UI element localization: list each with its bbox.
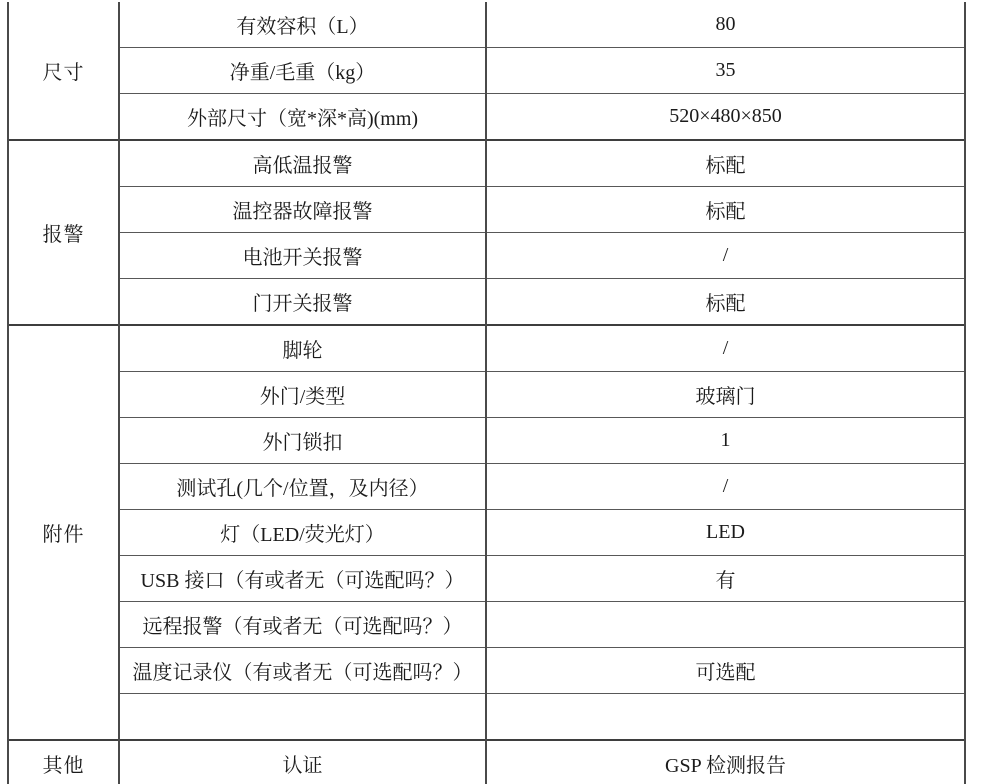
table-row: 外部尺寸（宽*深*高)(mm) 520×480×850 (8, 94, 965, 141)
spec-name-cell: 温控器故障报警 (119, 187, 486, 233)
spec-value-cell: 1 (486, 418, 965, 464)
table-row: 附件 脚轮 / (8, 325, 965, 372)
spec-name-cell: USB 接口（有或者无（可选配吗？） (119, 556, 486, 602)
table-row: 测试孔(几个/位置，及内径） / (8, 464, 965, 510)
spec-value-cell (486, 694, 965, 741)
table-row: 净重/毛重（kg） 35 (8, 48, 965, 94)
spec-name-cell: 外部尺寸（宽*深*高)(mm) (119, 94, 486, 141)
table-row: 灯（LED/荧光灯） LED (8, 510, 965, 556)
table-row: 其他 认证 GSP 检测报告 (8, 740, 965, 784)
table-row: 外门锁扣 1 (8, 418, 965, 464)
category-cell: 报警 (8, 140, 119, 325)
table-row: 温控器故障报警 标配 (8, 187, 965, 233)
table-row (8, 694, 965, 741)
table-row: USB 接口（有或者无（可选配吗？） 有 (8, 556, 965, 602)
spec-name-cell: 有效容积（L） (119, 2, 486, 48)
spec-value-cell: 35 (486, 48, 965, 94)
spec-value-cell: / (486, 325, 965, 372)
spec-value-cell: 玻璃门 (486, 372, 965, 418)
spec-value-cell: LED (486, 510, 965, 556)
table-row: 温度记录仪（有或者无（可选配吗？） 可选配 (8, 648, 965, 694)
spec-value-cell: 80 (486, 2, 965, 48)
spec-table: 尺寸 有效容积（L） 80 净重/毛重（kg） 35 外部尺寸（宽*深*高)(m… (7, 2, 966, 784)
category-cell: 其他 (8, 740, 119, 784)
table-row: 报警 高低温报警 标配 (8, 140, 965, 187)
spec-value-cell: 标配 (486, 140, 965, 187)
table-row: 尺寸 有效容积（L） 80 (8, 2, 965, 48)
spec-value-cell (486, 602, 965, 648)
spec-name-cell (119, 694, 486, 741)
spec-value-cell: / (486, 233, 965, 279)
spec-value-cell: 520×480×850 (486, 94, 965, 141)
category-cell: 附件 (8, 325, 119, 740)
spec-name-cell: 认证 (119, 740, 486, 784)
spec-name-cell: 外门/类型 (119, 372, 486, 418)
spec-name-cell: 温度记录仪（有或者无（可选配吗？） (119, 648, 486, 694)
spec-name-cell: 门开关报警 (119, 279, 486, 326)
spec-value-cell: / (486, 464, 965, 510)
spec-sheet-page: 尺寸 有效容积（L） 80 净重/毛重（kg） 35 外部尺寸（宽*深*高)(m… (0, 0, 992, 784)
table-row: 远程报警（有或者无（可选配吗？） (8, 602, 965, 648)
spec-name-cell: 测试孔(几个/位置，及内径） (119, 464, 486, 510)
table-row: 外门/类型 玻璃门 (8, 372, 965, 418)
spec-value-cell: 标配 (486, 187, 965, 233)
spec-name-cell: 脚轮 (119, 325, 486, 372)
spec-name-cell: 灯（LED/荧光灯） (119, 510, 486, 556)
spec-value-cell: 可选配 (486, 648, 965, 694)
spec-name-cell: 高低温报警 (119, 140, 486, 187)
spec-name-cell: 远程报警（有或者无（可选配吗？） (119, 602, 486, 648)
spec-name-cell: 净重/毛重（kg） (119, 48, 486, 94)
spec-value-cell: 有 (486, 556, 965, 602)
table-row: 门开关报警 标配 (8, 279, 965, 326)
spec-value-cell: GSP 检测报告 (486, 740, 965, 784)
spec-value-cell: 标配 (486, 279, 965, 326)
spec-name-cell: 电池开关报警 (119, 233, 486, 279)
category-cell: 尺寸 (8, 2, 119, 140)
spec-name-cell: 外门锁扣 (119, 418, 486, 464)
table-row: 电池开关报警 / (8, 233, 965, 279)
